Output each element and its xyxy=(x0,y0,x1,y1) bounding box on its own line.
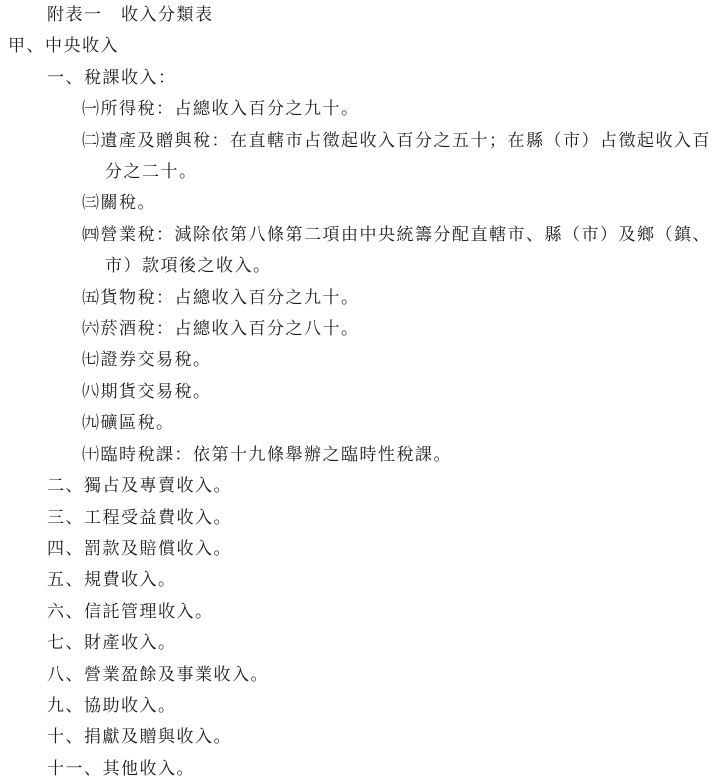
subitem-customs-duty: ㈢關稅。 xyxy=(0,188,719,219)
item-assistance-revenue: 九、協助收入。 xyxy=(0,691,719,722)
item-property-revenue: 七、財產收入。 xyxy=(0,628,719,659)
item-construction-benefit-fee: 三、工程受益費收入。 xyxy=(0,503,719,534)
item-surplus-enterprise-revenue: 八、營業盈餘及事業收入。 xyxy=(0,660,719,691)
item-trust-management-revenue: 六、信託管理收入。 xyxy=(0,597,719,628)
subitem-temporary-tax: ㈩臨時稅課：依第十九條舉辦之臨時性稅課。 xyxy=(0,440,719,471)
subitem-futures-transaction-tax: ㈧期貨交易稅。 xyxy=(0,377,719,408)
item-fines-indemnities: 四、罰款及賠償收入。 xyxy=(0,534,719,565)
subitem-securities-transaction-tax: ㈦證券交易稅。 xyxy=(0,345,719,376)
item-tax-revenue-label: 一、稅課收入： xyxy=(0,63,719,94)
item-fees-revenue: 五、規費收入。 xyxy=(0,565,719,596)
subitem-income-tax: ㈠所得稅：占總收入百分之九十。 xyxy=(0,94,719,125)
item-monopoly-revenue: 二、獨占及專賣收入。 xyxy=(0,471,719,502)
appendix-title: 附表一 收入分類表 xyxy=(0,0,719,31)
subitem-mining-area-tax: ㈨礦區稅。 xyxy=(0,408,719,439)
item-other-revenue: 十一、其他收入。 xyxy=(0,754,719,784)
subitem-commodity-tax: ㈤貨物稅：占總收入百分之九十。 xyxy=(0,283,719,314)
subitem-tobacco-alcohol-tax: ㈥菸酒稅：占總收入百分之八十。 xyxy=(0,314,719,345)
chapter-heading: 甲、中央收入 xyxy=(0,31,719,62)
subitem-estate-gift-tax: ㈡遺產及贈與稅：在直轄市占徵起收入百分之五十；在縣（市）占徵起收入百分之二十。 xyxy=(0,126,719,189)
document-page: 附表一 收入分類表 甲、中央收入 一、稅課收入： ㈠所得稅：占總收入百分之九十。… xyxy=(0,0,719,784)
item-donations-revenue: 十、捐獻及贈與收入。 xyxy=(0,722,719,753)
subitem-business-tax: ㈣營業稅：減除依第八條第二項由中央統籌分配直轄市、縣（市）及鄉（鎮、市）款項後之… xyxy=(0,220,719,283)
